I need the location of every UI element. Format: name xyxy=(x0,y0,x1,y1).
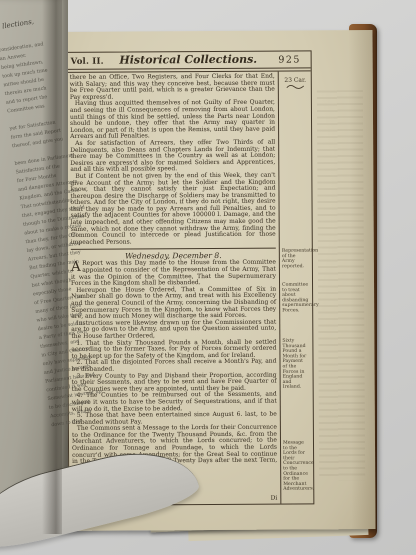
section-divider-rule xyxy=(71,248,276,250)
margin-note-regnal-year: 23 Car. xyxy=(281,77,310,89)
right-page: Vol. II. Historical Collections. 925 the… xyxy=(54,30,375,531)
book-photograph: Vol. II. Historical Collections. 925 the… xyxy=(0,0,416,555)
margin-notes-column: 23 Car. Representation of the Army repor… xyxy=(279,71,314,503)
text-columns: there be an Office, Two Registers, and F… xyxy=(67,71,314,504)
page-number: 925 xyxy=(273,54,307,65)
catchword: Di xyxy=(271,495,278,502)
margin-note-representation: Representation of the Army reported. xyxy=(282,248,306,269)
paragraph-content: But if Content be not given by the end o… xyxy=(70,173,275,247)
regnal-year-label: 23 Car. xyxy=(284,77,306,84)
ink-show-through xyxy=(317,90,365,480)
margin-note-sixty-thousand: Sixty Thousand Pound a Month for Payment… xyxy=(282,338,306,390)
margin-note-committee: Committee to treat about disbanding supe… xyxy=(282,282,306,313)
text-frame: Vol. II. Historical Collections. 925 the… xyxy=(66,50,315,505)
paragraph-free-quarter: Having thus acquitted themselves of not … xyxy=(70,100,275,141)
running-title: Historical Collections. xyxy=(104,53,273,67)
paragraph-arrears: As for satisfaction of Arrears, they off… xyxy=(70,140,275,174)
left-page-curled-leaf: llections, consideration, andan Answer.b… xyxy=(0,0,68,528)
left-page-header-fragment: llections, xyxy=(2,18,35,31)
paragraph-office-registers: there be an Office, Two Registers, and F… xyxy=(70,74,275,102)
flourish-icon xyxy=(286,84,305,89)
volume-label: Vol. II. xyxy=(71,57,104,67)
page-header: Vol. II. Historical Collections. 925 xyxy=(67,51,311,67)
paragraph-report-text: Report was this Day made to the House fr… xyxy=(71,259,276,287)
margin-note-message: Message to the Lords for their Concurren… xyxy=(283,440,307,492)
paragraph-report: AReport was this Day made to the House f… xyxy=(71,260,276,288)
